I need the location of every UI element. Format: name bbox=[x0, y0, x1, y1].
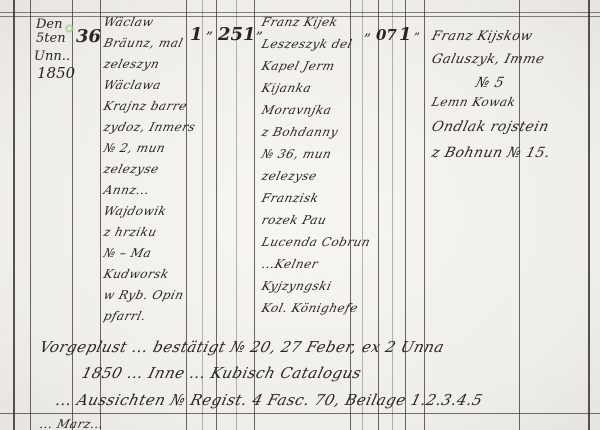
column-rule bbox=[30, 0, 31, 430]
child-name-column: Wäclaw Bräunz, mal zeleszyn Wäclawa Kraj… bbox=[104, 16, 188, 331]
parents-line: Franzisk bbox=[261, 192, 354, 204]
godparents-line: № 5 bbox=[474, 76, 523, 90]
date-line-3: Unn.. bbox=[34, 50, 70, 63]
parents-line: Leszeszyk del bbox=[261, 38, 354, 50]
godparents-line: Ondlak rojstein bbox=[430, 120, 523, 134]
column-value-251: 251 bbox=[218, 26, 256, 44]
name-line: Krajnz barre bbox=[103, 100, 190, 112]
name-line: pfarrl. bbox=[103, 310, 190, 322]
name-line: № 2, mun bbox=[103, 142, 190, 154]
parents-line: z Bohdanny bbox=[261, 126, 354, 138]
parents-line: Kapel Jerm bbox=[261, 60, 354, 72]
date-line-1: Den bbox=[36, 18, 63, 31]
godparents-line: z Bohnun № 15. bbox=[430, 146, 523, 160]
parents-line: Kijanka bbox=[261, 82, 354, 94]
parents-line: Lucenda Cobrun bbox=[261, 236, 354, 248]
footer-note-line-4: ... Marz... bbox=[39, 418, 106, 430]
name-line: Bräunz, mal bbox=[103, 37, 190, 49]
godparents-line: Lemn Kowak bbox=[431, 96, 524, 108]
column-value-1: 1 bbox=[190, 26, 203, 44]
footer-note-line-1: Vorgeplust ... bestätigt № 20, 27 Feber,… bbox=[38, 340, 446, 355]
ditto-mark: „ bbox=[364, 24, 371, 38]
name-line: Annz... bbox=[103, 184, 190, 196]
house-number: 36 bbox=[76, 28, 101, 46]
parents-line: № 36, mun bbox=[261, 148, 354, 160]
column-rule bbox=[405, 0, 406, 430]
right-margin-rule bbox=[588, 0, 590, 430]
name-line: № – Ma bbox=[103, 247, 190, 259]
name-line: w Ryb. Opin bbox=[103, 289, 190, 301]
parents-line: ...Kelner bbox=[261, 258, 354, 270]
parents-line: Franz Kijek bbox=[261, 16, 354, 28]
date-year: 1850 bbox=[37, 66, 75, 81]
column-rule bbox=[424, 0, 425, 430]
name-line: Wäclaw bbox=[103, 16, 190, 28]
name-line: Wäclawa bbox=[103, 79, 190, 91]
footer-note-line-3: ... Aussichten № Regist. 4 Fasc. 70, Bei… bbox=[54, 393, 484, 408]
name-line: zydoz, Inmers bbox=[103, 121, 190, 133]
column-rule bbox=[392, 0, 393, 430]
name-line: Kudworsk bbox=[103, 268, 190, 280]
column-rule bbox=[378, 0, 379, 430]
parents-line: Kol. Könighefe bbox=[261, 302, 354, 314]
footer-note-line-2: 1850 ... Inne ... Kubisch Catalogus bbox=[80, 366, 363, 381]
name-line: zelezyse bbox=[103, 163, 190, 175]
name-line: Wajdowik bbox=[103, 205, 190, 217]
godparents-line: Franz Kijskow bbox=[430, 30, 523, 43]
name-line: zeleszyn bbox=[103, 58, 190, 70]
parents-line: zelezyse bbox=[261, 170, 354, 182]
ditto-mark: „ bbox=[414, 24, 420, 36]
column-value-07: 07 bbox=[376, 28, 397, 43]
godparents-line: Galuszyk, Imme bbox=[430, 53, 523, 66]
parents-line: Moravnjka bbox=[261, 104, 354, 116]
ditto-mark: „ bbox=[206, 22, 213, 36]
green-mark-icon: ∘ bbox=[62, 14, 77, 44]
godparents-column: Franz Kijskow Galuszyk, Imme № 5 Lemn Ko… bbox=[432, 30, 522, 170]
entry-bottom-rule bbox=[0, 413, 600, 414]
parents-line: Kyjzyngski bbox=[261, 280, 354, 292]
parents-column: Franz Kijek Leszeszyk del Kapel Jerm Kij… bbox=[262, 16, 352, 324]
left-margin-rule bbox=[13, 0, 15, 430]
column-value-1b: 1 bbox=[399, 26, 412, 44]
name-line: z hrziku bbox=[103, 226, 190, 238]
parents-line: rozek Pau bbox=[261, 214, 354, 226]
register-page: Den 5ten Unn.. 1850 ∘ 36 Wäclaw Bräunz, … bbox=[0, 0, 600, 430]
